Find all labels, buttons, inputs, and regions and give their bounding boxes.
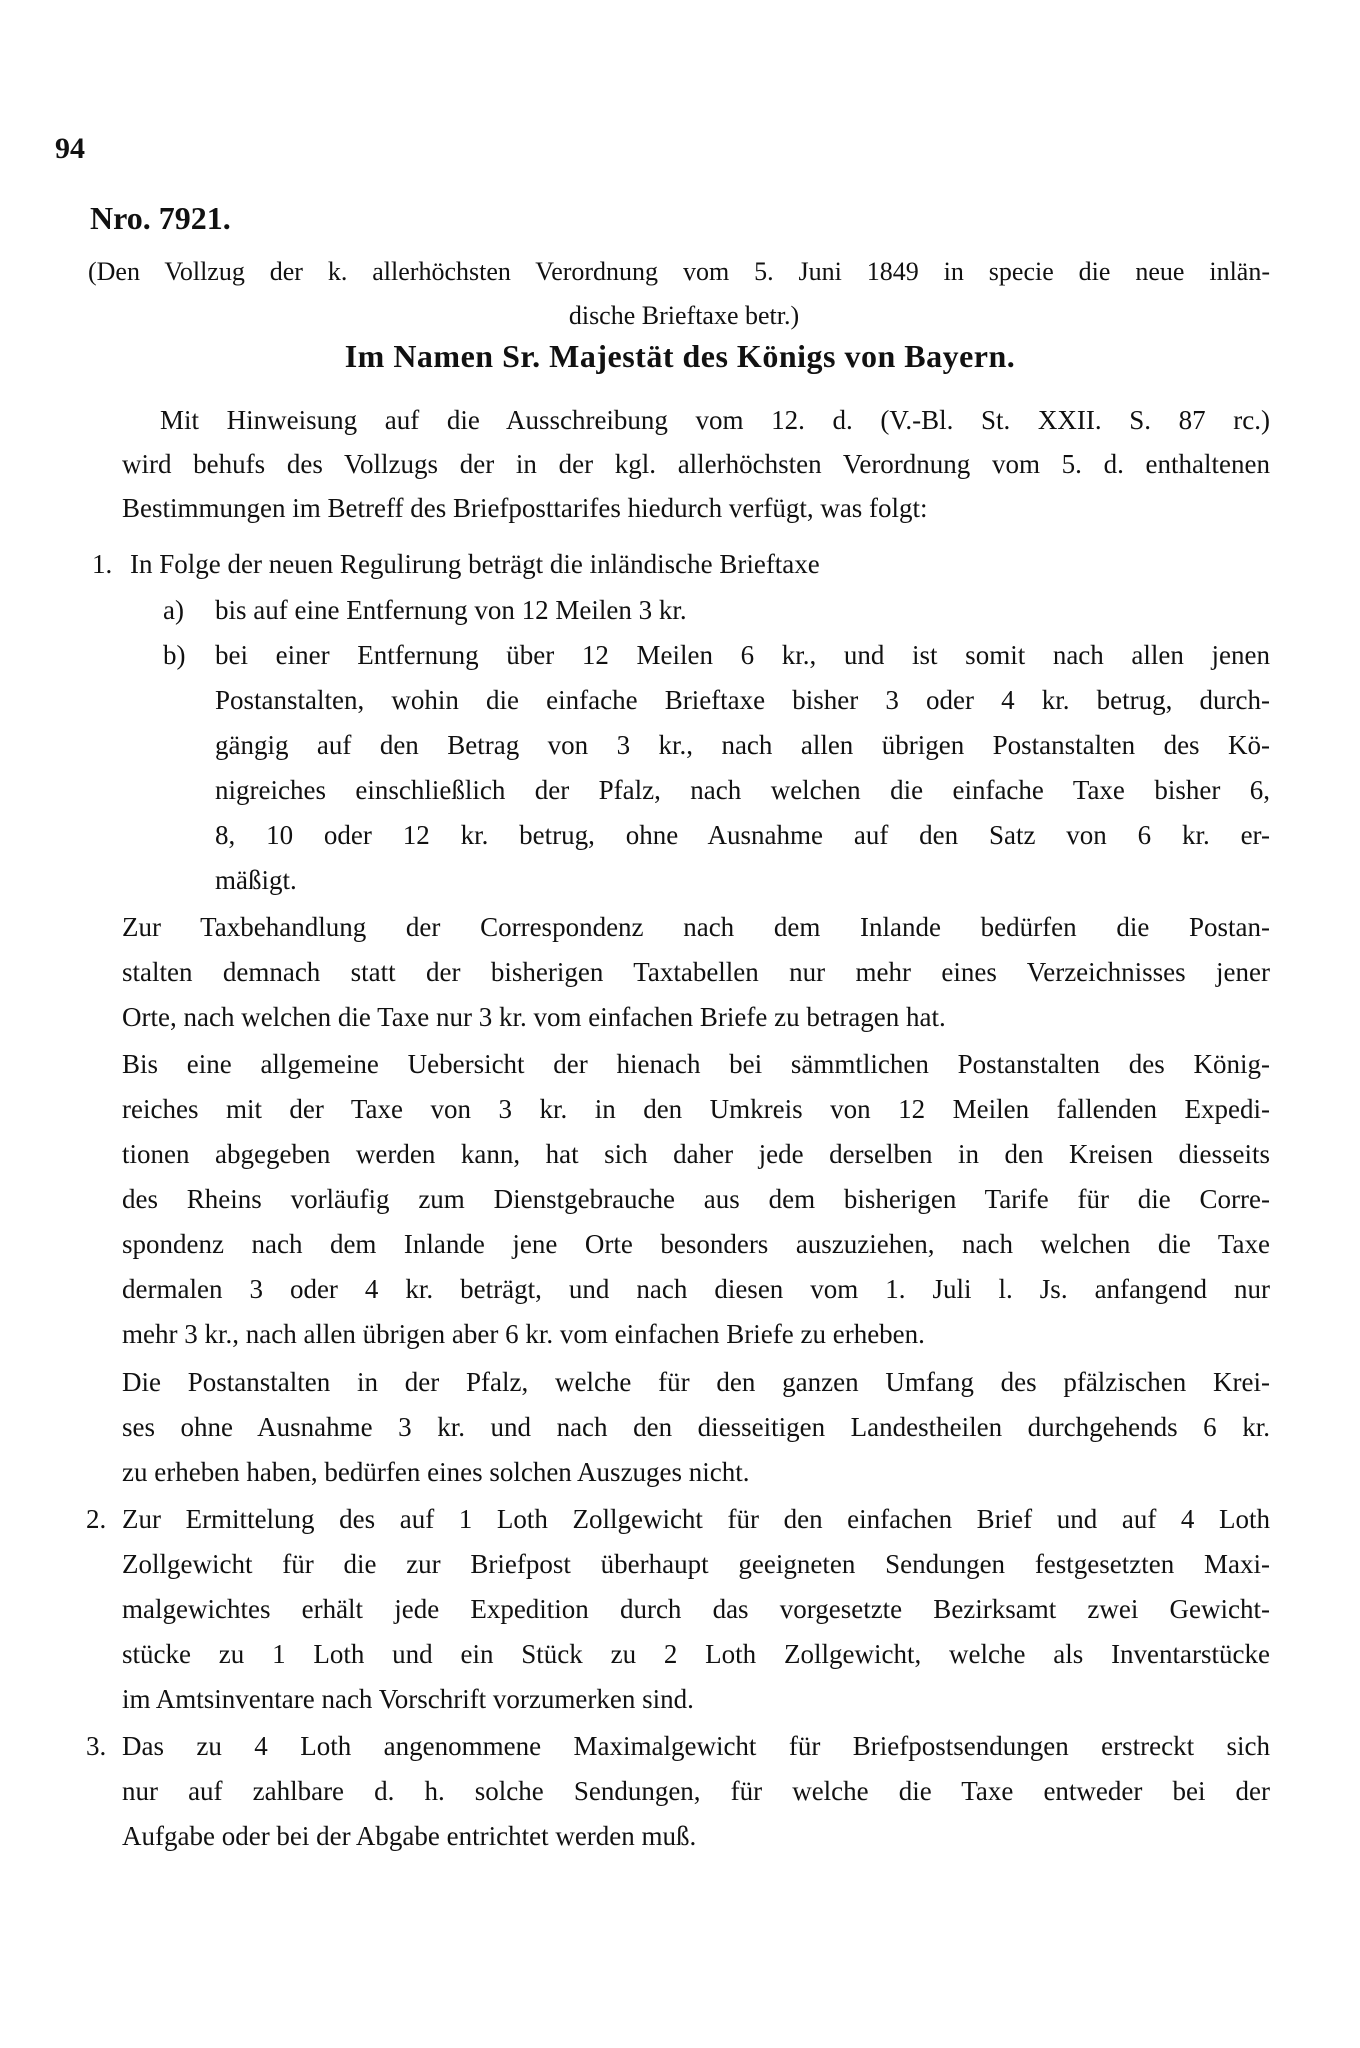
document-subtitle: (Den Vollzug der k. allerhöchsten Verord… (88, 250, 1270, 338)
para-2-line-2: reiches mit der Taxe von 3 kr. in den Um… (122, 1087, 1270, 1131)
para-2-line-6: dermalen 3 oder 4 kr. beträgt, und nach … (122, 1267, 1270, 1311)
document-page: 94 Nro. 7921. (Den Vollzug der k. allerh… (0, 0, 1360, 2048)
para-3-line-1: Die Postanstalten in der Pfalz, welche f… (122, 1360, 1270, 1404)
item-1b-line-1: bei einer Entfernung über 12 Meilen 6 kr… (215, 633, 1270, 677)
intro-line-1: Mit Hinweisung auf die Ausschreibung vom… (122, 398, 1270, 442)
intro-line-3: Bestimmungen im Betreff des Briefposttar… (122, 486, 1270, 530)
para-1-line-1: Zur Taxbehandlung der Correspondenz nach… (122, 905, 1270, 949)
item-2-line-4: stücke zu 1 Loth und ein Stück zu 2 Loth… (122, 1632, 1270, 1676)
para-2-line-1: Bis eine allgemeine Uebersicht der hiena… (122, 1042, 1270, 1086)
para-3-line-2: ses ohne Ausnahme 3 kr. und nach den die… (122, 1405, 1270, 1449)
item-3-line-1: Das zu 4 Loth angenommene Maximalgewicht… (122, 1724, 1270, 1768)
item-1a-line-1: bis auf eine Entfernung von 12 Meilen 3 … (215, 588, 1015, 632)
item-3-marker: 3. (86, 1724, 106, 1768)
item-1b-line-5: 8, 10 oder 12 kr. betrug, ohne Ausnahme … (215, 813, 1270, 857)
item-1b-line-3: gängig auf den Betrag von 3 kr., nach al… (215, 723, 1270, 767)
para-3-line-3: zu erheben haben, bedürfen eines solchen… (122, 1450, 1270, 1494)
para-2-line-5: spondenz nach dem Inlande jene Orte beso… (122, 1222, 1270, 1266)
royal-heading: Im Namen Sr. Majestät des Königs von Bay… (0, 338, 1360, 375)
para-2-line-7: mehr 3 kr., nach allen übrigen aber 6 kr… (122, 1312, 1270, 1356)
item-2-line-1: Zur Ermittelung des auf 1 Loth Zollgewic… (122, 1497, 1270, 1541)
item-1b-line-6: mäßigt. (215, 858, 1270, 902)
para-2-line-3: tionen abgegeben werden kann, hat sich d… (122, 1132, 1270, 1176)
para-2-line-4: des Rheins vorläufig zum Dienstgebrauche… (122, 1177, 1270, 1221)
item-1-line-1: In Folge der neuen Regulirung beträgt di… (130, 542, 1130, 586)
subtitle-line-2: dische Brieftaxe betr.) (88, 294, 1270, 338)
item-1a-marker: a) (163, 588, 184, 632)
item-2-line-3: malgewichtes erhält jede Expedition durc… (122, 1587, 1270, 1631)
item-2-line-5: im Amtsinventare nach Vorschrift vorzume… (122, 1677, 1270, 1721)
para-1-line-2: stalten demnach statt der bisherigen Tax… (122, 950, 1270, 994)
item-2-line-2: Zollgewicht für die zur Briefpost überha… (122, 1542, 1270, 1586)
page-number: 94 (55, 132, 85, 166)
subtitle-line-1: (Den Vollzug der k. allerhöchsten Verord… (88, 250, 1270, 294)
item-3-line-3: Aufgabe oder bei der Abgabe entrichtet w… (122, 1814, 1270, 1858)
intro-line-2: wird behufs des Vollzugs der in der kgl.… (122, 442, 1270, 486)
item-2-marker: 2. (86, 1497, 106, 1541)
item-1b-marker: b) (163, 633, 186, 677)
para-1-line-3: Orte, nach welchen die Taxe nur 3 kr. vo… (122, 995, 1270, 1039)
item-1b-line-2: Postanstalten, wohin die einfache Brieft… (215, 678, 1270, 722)
item-3-line-2: nur auf zahlbare d. h. solche Sendungen,… (122, 1769, 1270, 1813)
item-1-marker: 1. (92, 542, 112, 586)
document-number: Nro. 7921. (90, 200, 231, 237)
item-1b-line-4: nigreiches einschließlich der Pfalz, nac… (215, 768, 1270, 812)
